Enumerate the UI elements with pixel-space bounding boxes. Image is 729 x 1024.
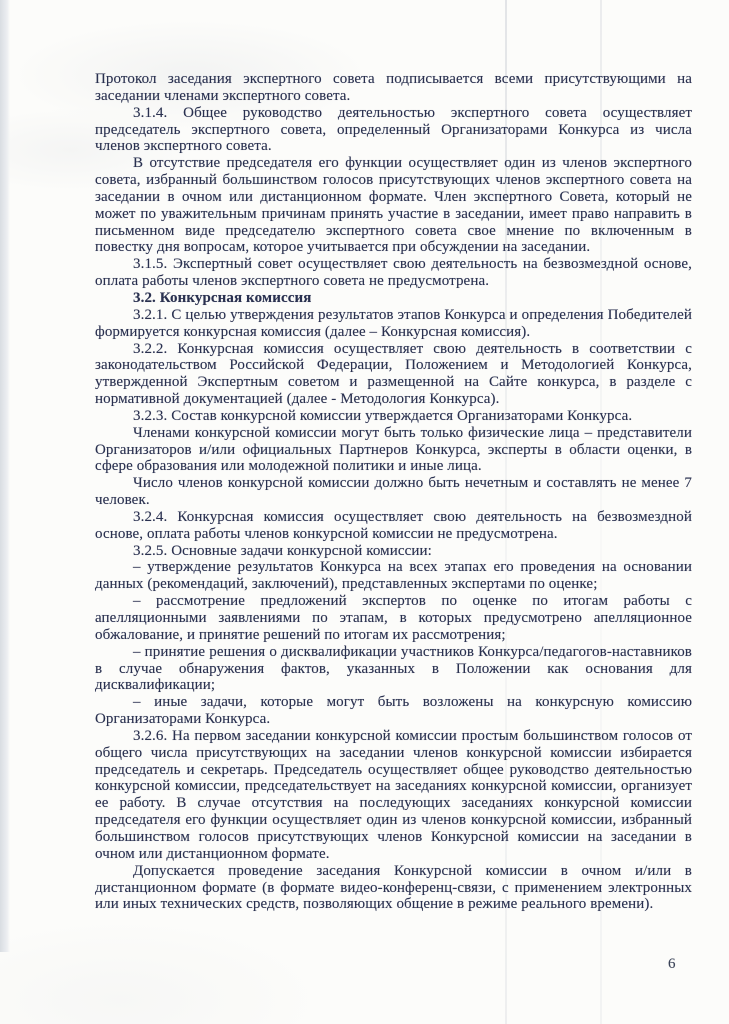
paragraph-3-2-5: 3.2.5. Основные задачи конкурсной комисс… (95, 543, 692, 560)
list-item-approval: – утверждение результатов Конкурса на вс… (95, 559, 692, 593)
section-heading-3-2: 3.2. Конкурсная комиссия (95, 290, 692, 307)
paragraph-chairman-absence: В отсутствие председателя его функции ос… (95, 155, 692, 256)
paragraph-3-2-1: 3.2.1. С целью утверждения результатов э… (95, 307, 692, 341)
scanned-document-page: Протокол заседания экспертного совета по… (0, 0, 729, 1024)
paragraph-3-1-5: 3.1.5. Экспертный совет осуществляет сво… (95, 256, 692, 290)
paragraph-3-2-2: 3.2.2. Конкурсная комиссия осуществляет … (95, 341, 692, 408)
paragraph-members-count: Число членов конкурсной комиссии должно … (95, 475, 692, 509)
paragraph-commission-members: Членами конкурсной комиссии могут быть т… (95, 425, 692, 476)
list-item-appeals: – рассмотрение предложений экспертов по … (95, 593, 692, 644)
page-number: 6 (668, 956, 676, 973)
paragraph-3-1-4: 3.1.4. Общее руководство деятельностью э… (95, 105, 692, 156)
scan-edge-artifact (0, 0, 10, 952)
paragraph-3-2-4: 3.2.4. Конкурсная комиссия осуществляет … (95, 509, 692, 543)
paragraph-3-2-6: 3.2.6. На первом заседании конкурсной ко… (95, 728, 692, 863)
paragraph-protocol-continuation: Протокол заседания экспертного совета по… (95, 71, 692, 105)
list-item-disqualification: – принятие решения о дисквалификации уча… (95, 644, 692, 695)
paragraph-remote-format: Допускается проведение заседания Конкурс… (95, 863, 692, 914)
list-item-other-tasks: – иные задачи, которые могут быть возлож… (95, 694, 692, 728)
paragraph-3-2-3: 3.2.3. Состав конкурсной комиссии утверж… (95, 408, 692, 425)
document-body: Протокол заседания экспертного совета по… (95, 71, 692, 913)
